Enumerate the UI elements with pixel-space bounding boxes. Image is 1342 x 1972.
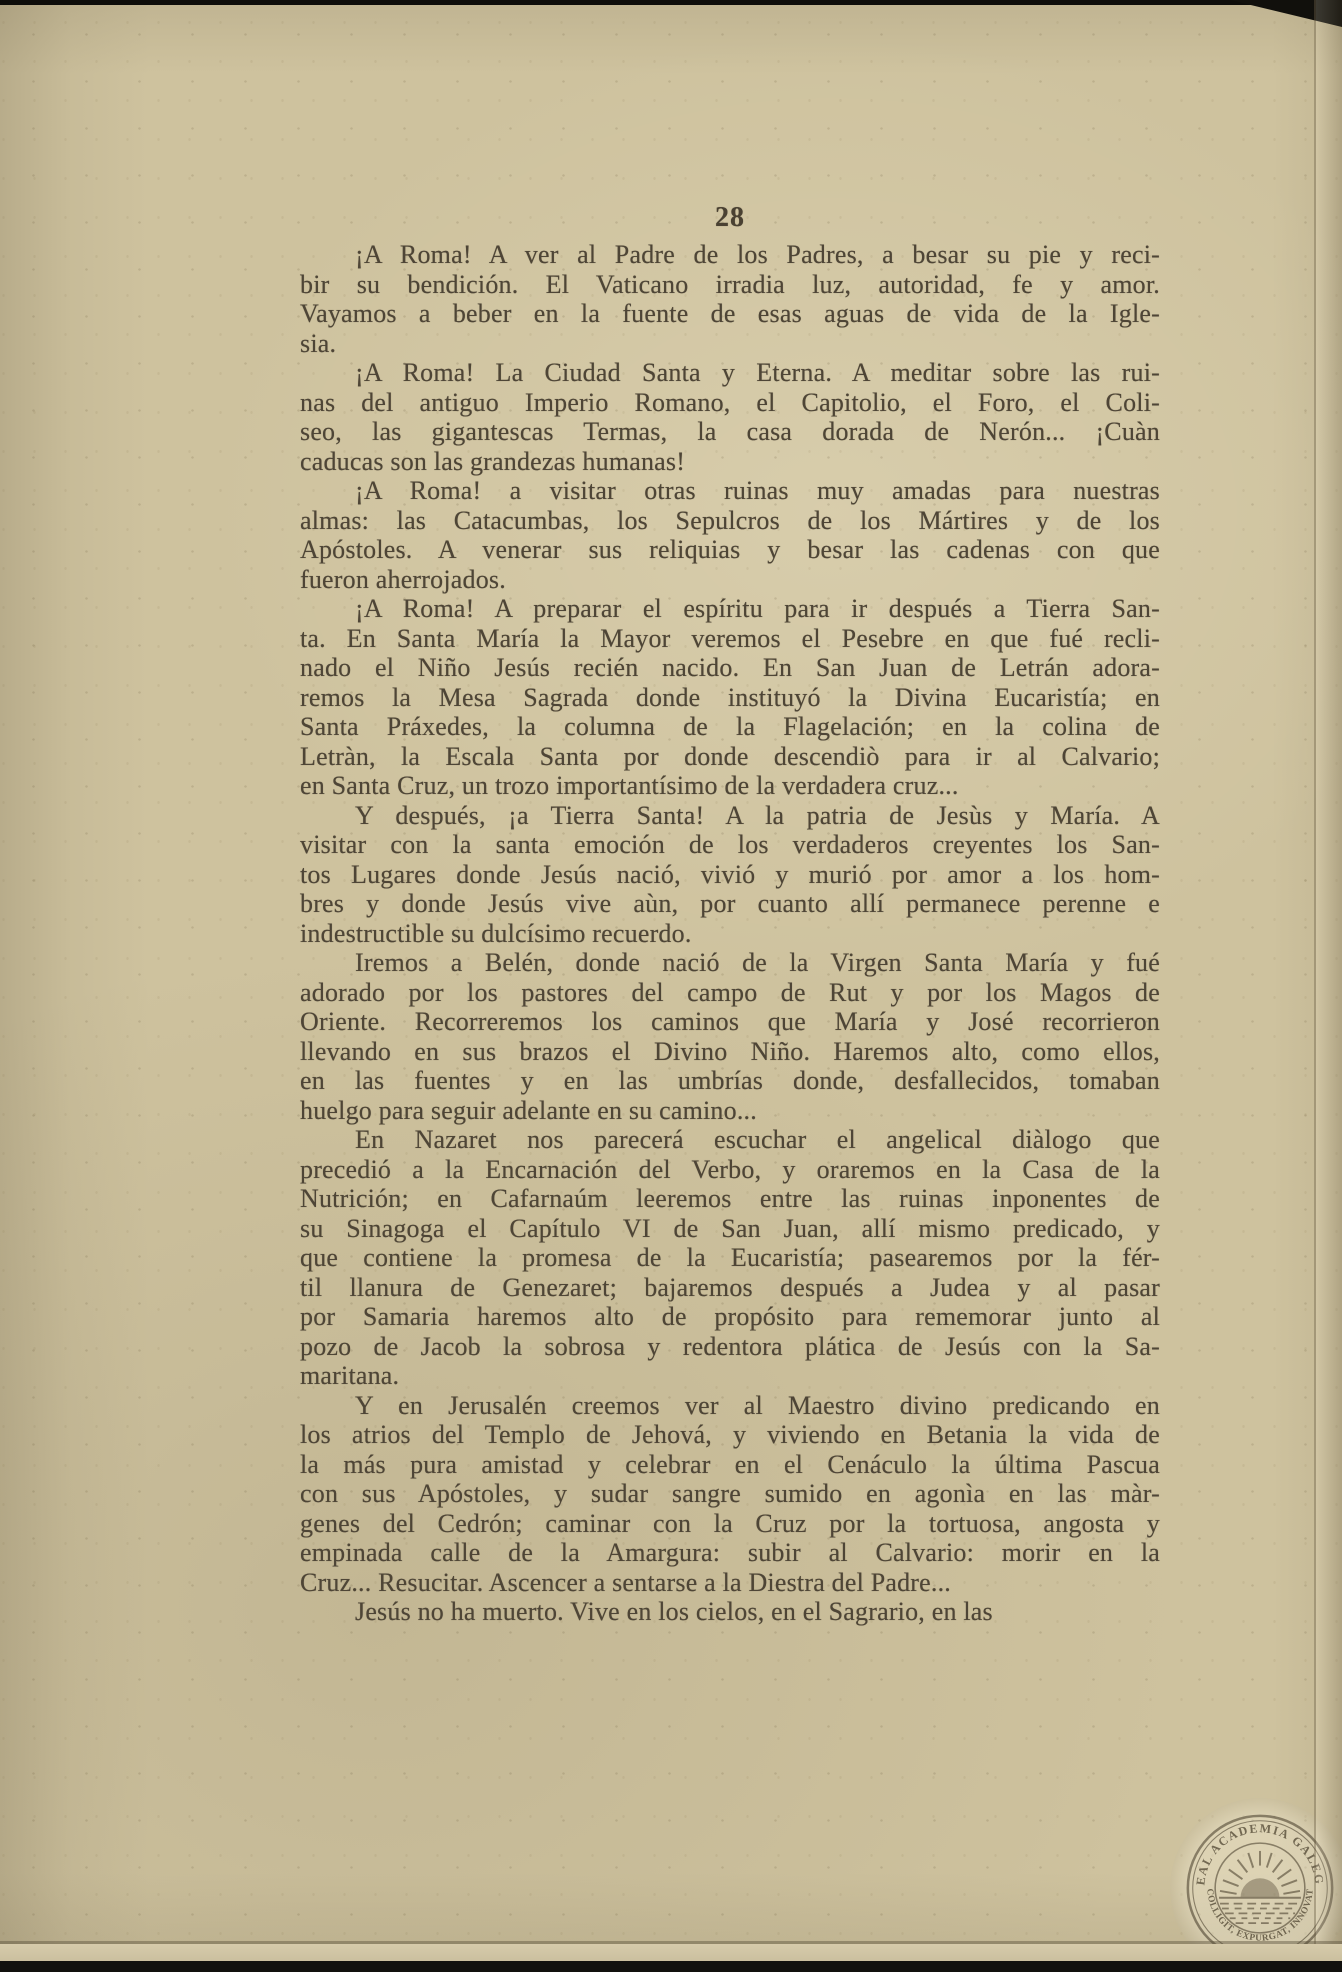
text-line: ¡A Roma! a visitar otras ruinas muy amad…: [300, 476, 1160, 506]
text-line: que contiene la promesa de la Eucaristía…: [300, 1243, 1160, 1273]
rising-sun-over-sea-icon: [1219, 1851, 1301, 1923]
text-line: adorado por los pastores del campo de Ru…: [300, 978, 1160, 1008]
scanned-book-page: 28 ¡A Roma! A ver al Padre de los Padres…: [0, 0, 1342, 1972]
text-line: ¡A Roma! La Ciudad Santa y Eterna. A med…: [300, 358, 1160, 388]
text-line: bir su bendición. El Vaticano irradia lu…: [300, 270, 1160, 300]
text-line: llevando en sus brazos el Divino Niño. H…: [300, 1037, 1160, 1067]
text-line: remos la Mesa Sagrada donde instituyó la…: [300, 683, 1160, 713]
text-line: pozo de Jacob la sobrosa y redentora plá…: [300, 1332, 1160, 1362]
text-line: Apóstoles. A venerar sus reliquias y bes…: [300, 535, 1160, 565]
text-line: Jesús no ha muerto. Vive en los cielos, …: [300, 1597, 1160, 1627]
text-line: Iremos a Belén, donde nació de la Virgen…: [300, 948, 1160, 978]
text-line: precedió a la Encarnación del Verbo, y o…: [300, 1155, 1160, 1185]
text-line: en las fuentes y en las umbrías donde, d…: [300, 1066, 1160, 1096]
text-line: indestructible su dulcísimo recuerdo.: [300, 919, 1160, 949]
text-line: ta. En Santa María la Mayor veremos el P…: [300, 624, 1160, 654]
text-line: Santa Práxedes, la columna de la Flagela…: [300, 712, 1160, 742]
text-line: ¡A Roma! A ver al Padre de los Padres, a…: [300, 240, 1160, 270]
text-line: en Santa Cruz, un trozo importantísimo d…: [300, 771, 1160, 801]
text-line: Nutrición; en Cafarnaúm leeremos entre l…: [300, 1184, 1160, 1214]
text-line: tos Lugares donde Jesús nació, vivió y m…: [300, 860, 1160, 890]
text-line: con sus Apóstoles, y sudar sangre sumido…: [300, 1479, 1160, 1509]
text-line: bres y donde Jesús vive aùn, por cuanto …: [300, 889, 1160, 919]
text-line: empinada calle de la Amargura: subir al …: [300, 1538, 1160, 1568]
text-line: En Nazaret nos parecerá escuchar el ange…: [300, 1125, 1160, 1155]
text-block: ¡A Roma! A ver al Padre de los Padres, a…: [300, 240, 1160, 1627]
text-line: almas: las Catacumbas, los Sepulcros de …: [300, 506, 1160, 536]
text-line: visitar con la santa emoción de los verd…: [300, 830, 1160, 860]
scan-top-edge: [0, 0, 1342, 5]
text-line: Cruz... Resucitar. Ascencer a sentarse a…: [300, 1568, 1160, 1598]
page-number: 28: [300, 202, 1160, 234]
text-line: seo, las gigantescas Termas, la casa dor…: [300, 417, 1160, 447]
text-line: maritana.: [300, 1361, 1160, 1391]
page-right-edge: [1316, 0, 1342, 1962]
text-line: caducas son las grandezas humanas!: [300, 447, 1160, 477]
page-bottom-edge: [0, 1944, 1342, 1962]
text-line: Vayamos a beber en la fuente de esas agu…: [300, 299, 1160, 329]
text-line: nado el Niño Jesús recién nacido. En San…: [300, 653, 1160, 683]
text-line: Oriente. Recorreremos los caminos que Ma…: [300, 1007, 1160, 1037]
text-line: ¡A Roma! A preparar el espíritu para ir …: [300, 594, 1160, 624]
text-line: los atrios del Templo de Jehová, y vivie…: [300, 1420, 1160, 1450]
text-line: la más pura amistad y celebrar en el Cen…: [300, 1450, 1160, 1480]
text-line: nas del antiguo Imperio Romano, el Capit…: [300, 388, 1160, 418]
text-line: su Sinagoga el Capítulo VI de San Juan, …: [300, 1214, 1160, 1244]
text-line: Y en Jerusalén creemos ver al Maestro di…: [300, 1391, 1160, 1421]
text-line: huelgo para seguir adelante en su camino…: [300, 1096, 1160, 1126]
scan-bottom-edge: [0, 1961, 1342, 1972]
text-line: Letràn, la Escala Santa por donde descen…: [300, 742, 1160, 772]
text-line: fueron aherrojados.: [300, 565, 1160, 595]
text-line: sia.: [300, 329, 1160, 359]
text-line: til llanura de Genezaret; bajaremos desp…: [300, 1273, 1160, 1303]
text-line: por Samaria haremos alto de propósito pa…: [300, 1302, 1160, 1332]
text-line: genes del Cedrón; caminar con la Cruz po…: [300, 1509, 1160, 1539]
text-line: Y después, ¡a Tierra Santa! A la patria …: [300, 801, 1160, 831]
